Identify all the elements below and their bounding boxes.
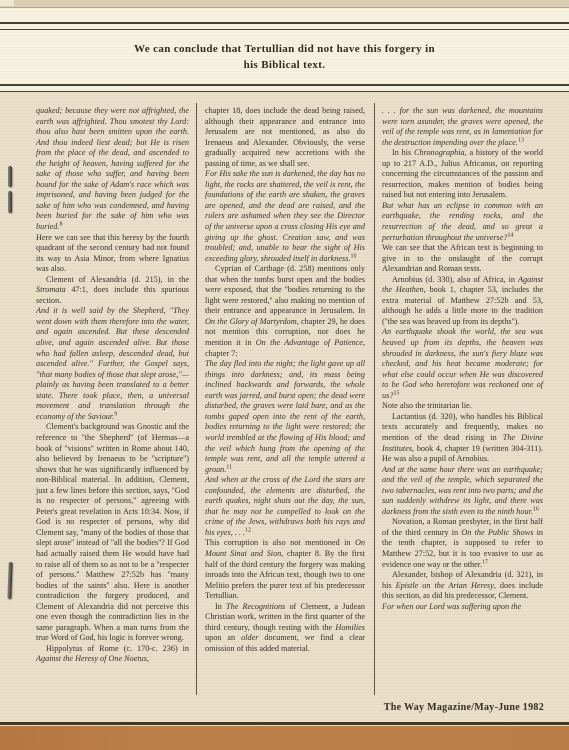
page-bottom-edge (0, 722, 569, 726)
footnote-reference: 9 (114, 411, 117, 417)
quoted-passage: And when at the cross of the Lord the st… (205, 475, 365, 538)
page-top-edge (0, 0, 569, 8)
footnote-reference: 17 (482, 559, 488, 565)
text-column-center: chapter 18, does include the dead being … (205, 106, 365, 654)
body-paragraph: Lactantius (d. 320), who handles his Bib… (382, 412, 543, 465)
quoted-passage: An earthquake shook the world, the sea w… (382, 327, 543, 401)
staple-icon (8, 191, 12, 213)
quoted-passage: But what has an eclipse in common with a… (382, 201, 543, 243)
body-paragraph: Clement of Alexandria (d. 215), in the S… (36, 275, 189, 307)
quoted-passage: For His sake the sun is darkened, the da… (205, 169, 365, 264)
body-paragraph: chapter 18, does include the dead being … (205, 106, 365, 169)
quoted-passage: And at the same hour there was an earthq… (382, 465, 543, 518)
pull-quote-headline: We can conclude that Tertullian did not … (0, 41, 569, 73)
page-corner-tab (0, 0, 14, 6)
masthead-rule-top (0, 22, 569, 30)
body-paragraph: Clement's background was Gnostic and the… (36, 422, 189, 643)
body-paragraph: Arnobius (d. 330), also of Africa, in Ag… (382, 275, 543, 328)
masthead-band: We can conclude that Tertullian did not … (0, 8, 569, 92)
body-paragraph: Note also the trinitarian lie. (382, 401, 543, 412)
masthead-rule-bottom (0, 84, 569, 92)
footnote-reference: 8 (59, 221, 62, 227)
footnote-reference: 13 (518, 137, 524, 143)
body-paragraph: Here we can see that this heresy by the … (36, 233, 189, 275)
footnote-reference: 10 (350, 253, 356, 259)
body-paragraph: In The Recognitions of Clement, a Judean… (205, 602, 365, 655)
quoted-passage: . . . for the sun was darkened, the moun… (382, 106, 543, 148)
footnote-reference: 11 (226, 464, 232, 470)
text-column-right: . . . for the sun was darkened, the moun… (382, 106, 543, 612)
body-paragraph: Novation, a Roman presbyter, in the firs… (382, 517, 543, 570)
scanned-magazine-page: { "masthead": { "text": "We can conclude… (0, 0, 569, 750)
quoted-passage: quaked; because they were not affrighted… (36, 106, 189, 233)
body-paragraph: Hippolytus of Rome (c. 170-c. 236) in Ag… (36, 644, 189, 665)
staple-icon (7, 562, 12, 599)
magazine-credit: The Way Magazine/May-June 1982 (384, 702, 544, 713)
quoted-passage: For when our Lord was suffering upon the (382, 602, 543, 613)
text-column-left: quaked; because they were not affrighted… (36, 106, 189, 665)
body-paragraph: This corruption is also not mentioned in… (205, 538, 365, 601)
quoted-passage: The day fled into the night; the light g… (205, 359, 365, 475)
page-sheet: We can conclude that Tertullian did not … (0, 0, 569, 723)
column-divider (374, 103, 375, 695)
staple-icon (8, 166, 12, 187)
footnote-reference: 12 (245, 527, 251, 533)
footnote-reference: 16 (533, 506, 539, 512)
column-divider (196, 103, 197, 695)
body-paragraph: Cyprian of Carthage (d. 258) mentions on… (205, 264, 365, 359)
footnote-reference: 14 (507, 232, 513, 238)
body-paragraph: In his Chronographia, a history of the w… (382, 148, 543, 201)
quoted-passage: And it is well said by the Shepherd, ''T… (36, 306, 189, 422)
footnote-reference: 15 (393, 390, 399, 396)
body-paragraph: Alexander, bishop of Alexandria (d. 321)… (382, 570, 543, 602)
body-paragraph: We can see that the African text is begi… (382, 243, 543, 275)
